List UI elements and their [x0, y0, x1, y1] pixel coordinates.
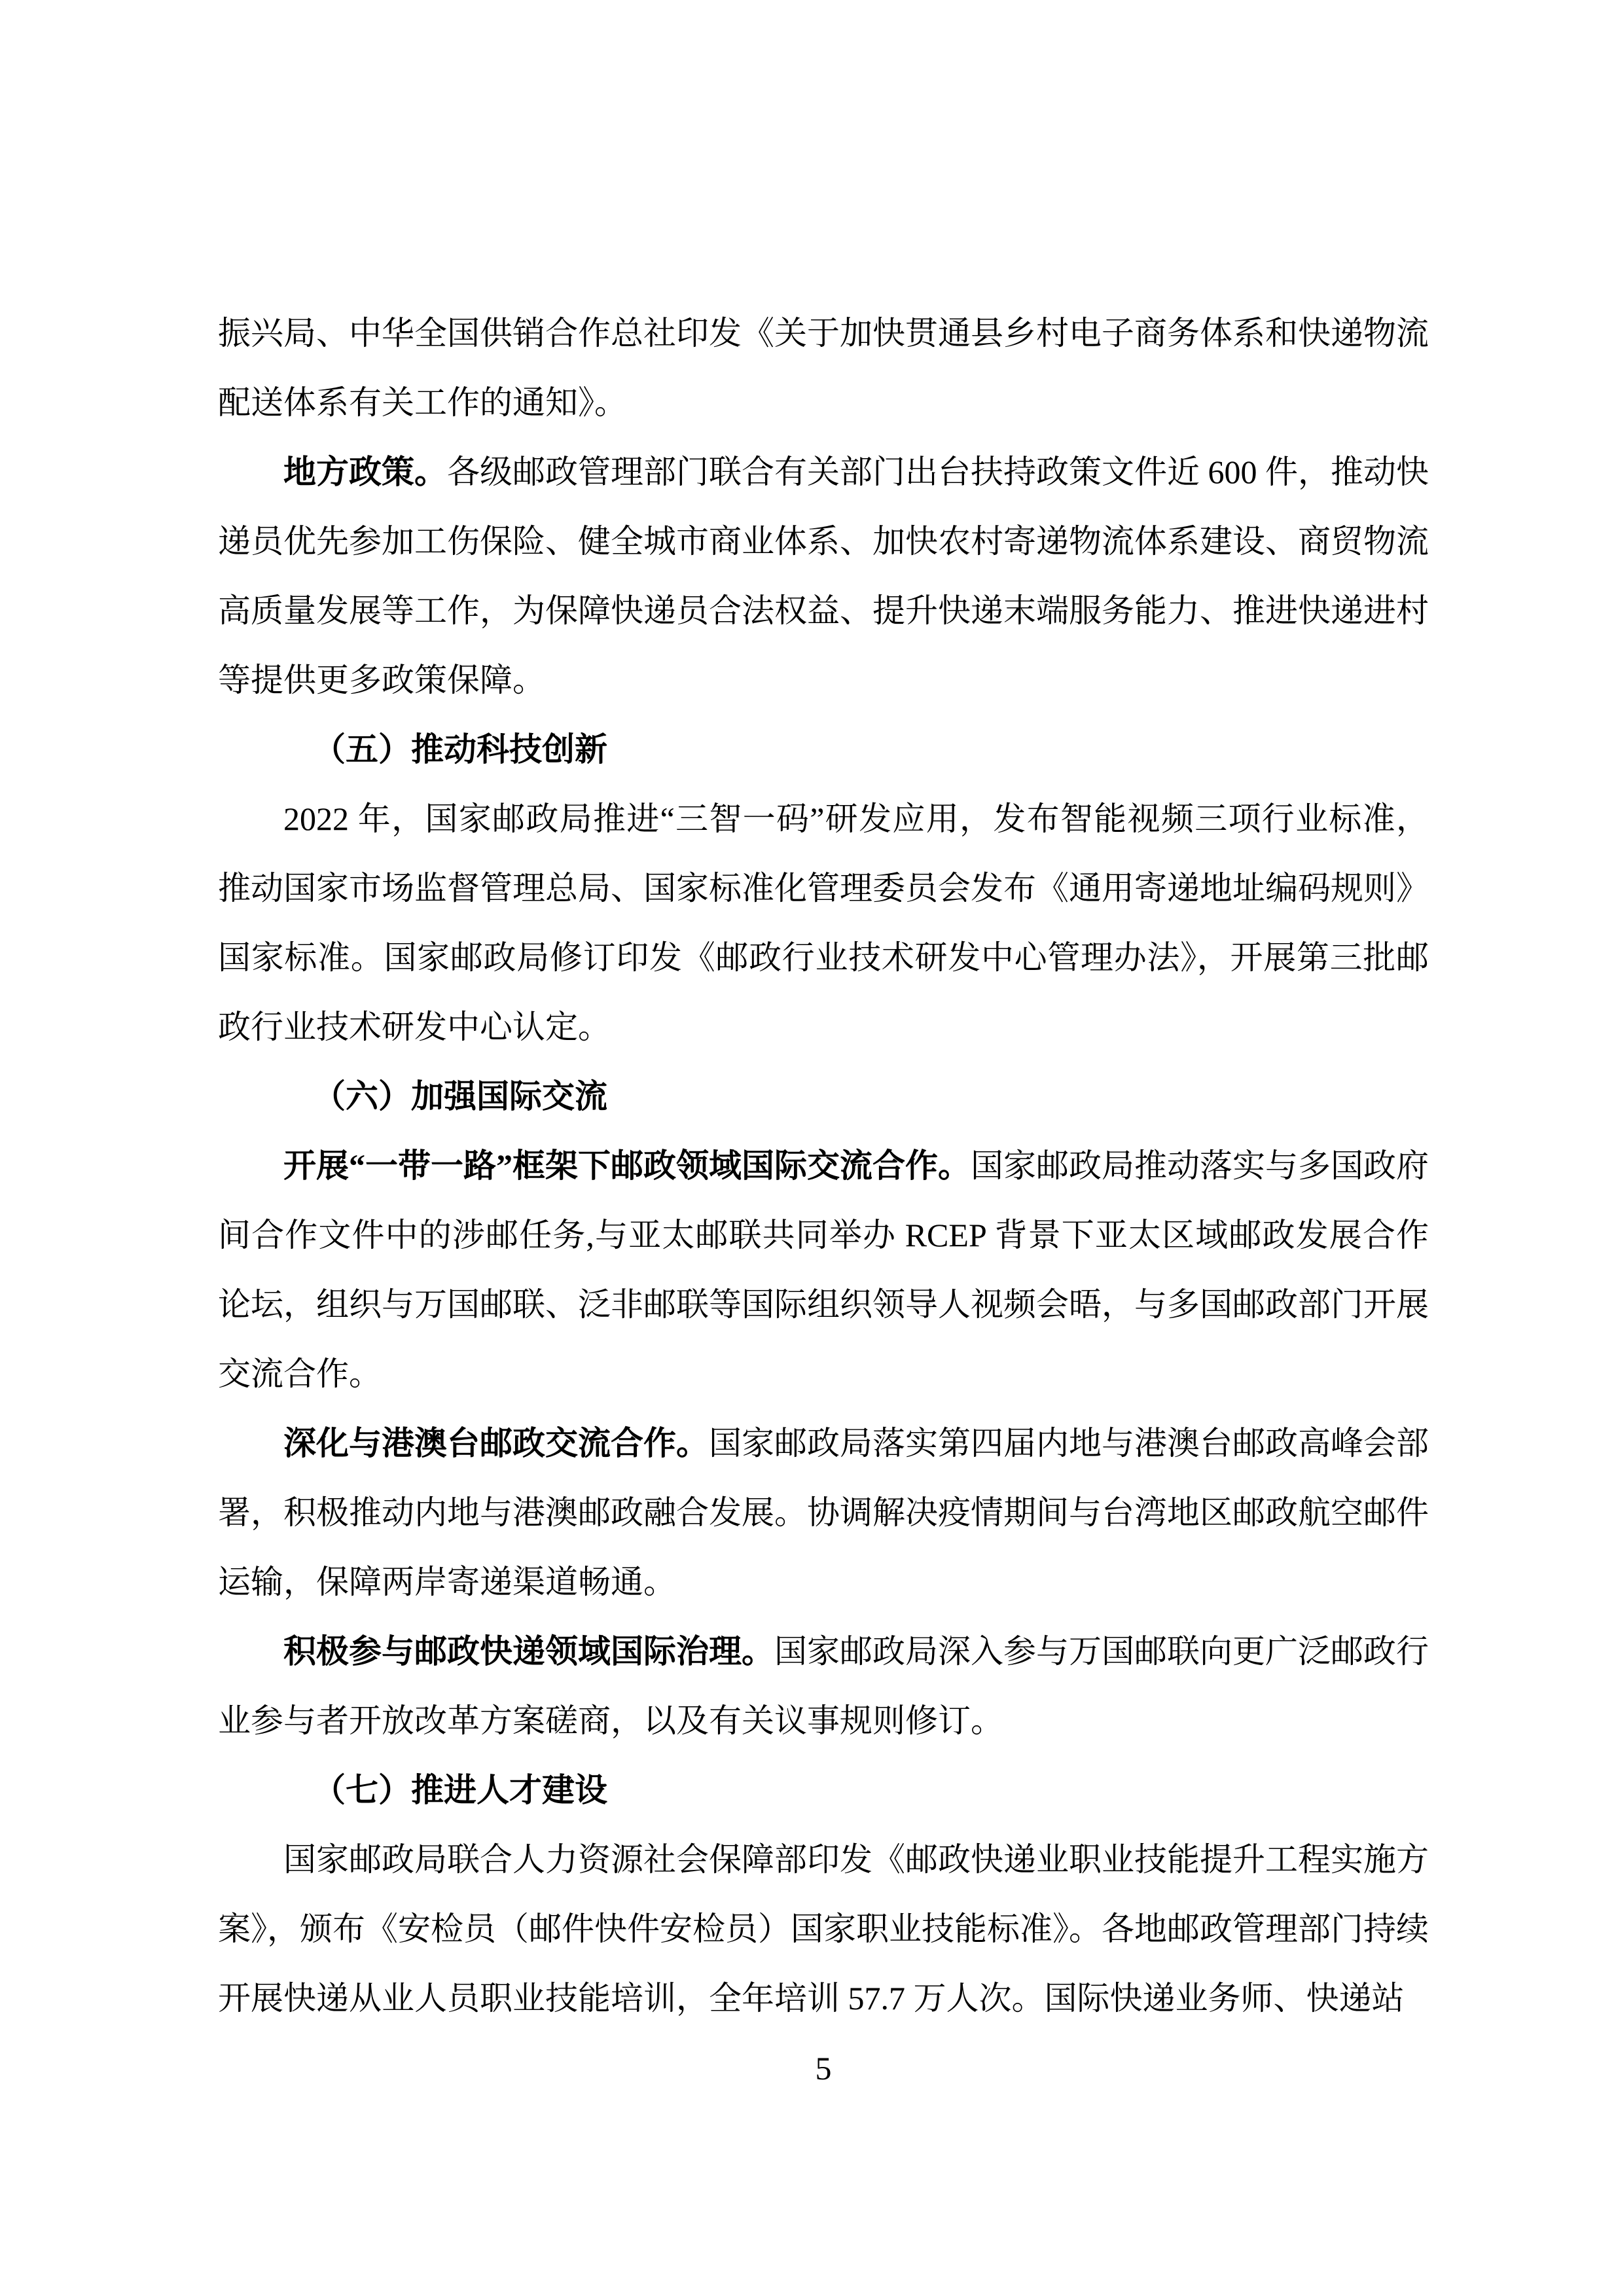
paragraph-lead: 开展“一带一路”框架下邮政领域国际交流合作。	[283, 1147, 971, 1184]
paragraph: 振兴局、中华全国供销合作总社印发《关于加快贯通县乡村电子商务体系和快递物流配送体…	[218, 298, 1429, 437]
document-page: 振兴局、中华全国供销合作总社印发《关于加快贯通县乡村电子商务体系和快递物流配送体…	[0, 0, 1616, 2296]
paragraph-lead: 深化与港澳台邮政交流合作。	[283, 1425, 709, 1462]
section-heading: （七）推进人才建设	[218, 1755, 1429, 1825]
page-footer: 5	[218, 2049, 1429, 2088]
paragraph: 深化与港澳台邮政交流合作。国家邮政局落实第四届内地与港澳台邮政高峰会部署，积极推…	[218, 1408, 1429, 1617]
paragraph: 国家邮政局联合人力资源社会保障部印发《邮政快递业职业技能提升工程实施方案》，颁布…	[218, 1825, 1429, 2033]
document-body: 振兴局、中华全国供销合作总社印发《关于加快贯通县乡村电子商务体系和快递物流配送体…	[218, 298, 1429, 2033]
paragraph-lead: 积极参与邮政快递领域国际治理。	[283, 1633, 774, 1670]
paragraph: 地方政策。各级邮政管理部门联合有关部门出台扶持政策文件近 600 件，推动快递员…	[218, 437, 1429, 715]
paragraph: 积极参与邮政快递领域国际治理。国家邮政局深入参与万国邮联向更广泛邮政行业参与者开…	[218, 1617, 1429, 1755]
page-number: 5	[816, 2050, 832, 2087]
paragraph: 开展“一带一路”框架下邮政领域国际交流合作。国家邮政局推动落实与多国政府间合作文…	[218, 1131, 1429, 1408]
paragraph-lead: 地方政策。	[283, 454, 447, 490]
section-heading: （六）加强国际交流	[218, 1062, 1429, 1131]
section-heading: （五）推动科技创新	[218, 715, 1429, 784]
paragraph: 2022 年，国家邮政局推进“三智一码”研发应用，发布智能视频三项行业标准，推动…	[218, 784, 1429, 1062]
